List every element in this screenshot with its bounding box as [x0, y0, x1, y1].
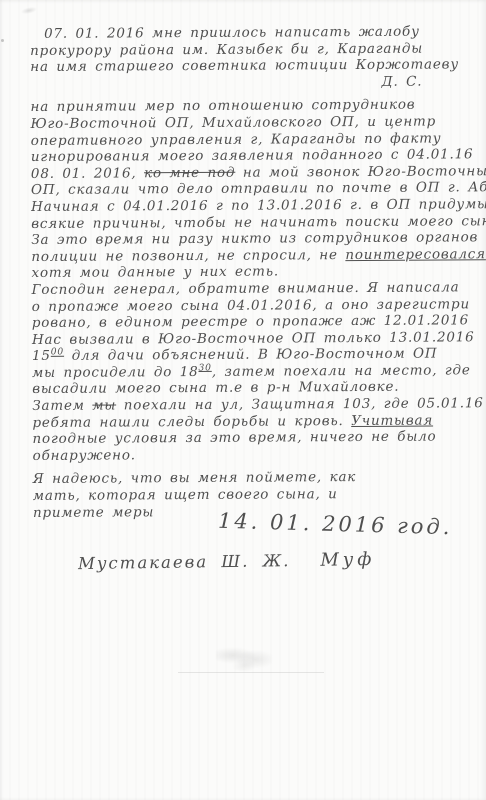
letter-text: поехали на ул, Защитная 103, где 05.01.1… [116, 395, 484, 413]
letter-text: для дачи объяснений. В Юго-Восточном ОП [64, 346, 437, 364]
letter-text: обнаружено. [33, 447, 136, 464]
letter-text: , затем поехали на место, где [212, 362, 471, 380]
letter-text: За это время ни разу никто из сотруднико… [31, 229, 478, 248]
letter-text: Юго-Восточной ОП, Михайловского ОП, и це… [31, 113, 437, 131]
letter-line: полиции не позвонил, не спросил, не поин… [31, 246, 475, 265]
superscript-minutes: 00 [51, 347, 64, 358]
letter-text: мы просидели до 18 [32, 364, 198, 381]
handwritten-date: 14. 01. 2016 год. [218, 509, 453, 540]
letter-line: обнаружено. [33, 445, 477, 464]
pencil-smudge-mark [19, 5, 38, 16]
letter-line: погодные условия за это время, ничего не… [32, 429, 476, 448]
letter-text: на принятии мер по отношению сотрудников [30, 97, 415, 115]
letter-line: Д. С. [30, 73, 474, 92]
scanned-letter-page: 07. 01. 2016 мне пришлось написать жалоб… [0, 0, 486, 800]
letter-line: мы просидели до 1830, затем поехали на м… [32, 362, 476, 381]
letter-text: Начиная с 04.01.2016 г по 13.01.2016 г. … [31, 196, 486, 215]
letter-text: 07. 01. 2016 мне пришлось написать жалоб… [44, 24, 420, 42]
letter-text: мать, которая ищет своего сына, и [33, 486, 338, 504]
letter-text: погодные условия за это время, ничего не… [32, 429, 436, 447]
letter-text: примете меры [33, 504, 154, 521]
letter-text: Затем [32, 398, 92, 414]
letter-text: на мой звонок Юго-Восточный [235, 163, 486, 181]
underlined-text: Учитывая [351, 412, 433, 428]
letter-text: хотя мои данные у них есть. [31, 264, 279, 282]
letter-body: 07. 01. 2016 мне пришлось написать жалоб… [30, 23, 477, 521]
letter-text: всякие причины, чтобы не начинать поиски… [31, 213, 486, 232]
signature-name: Мустакаева Ш. Ж. [78, 551, 291, 573]
signature-block: Мустакаева Ш. Ж.Муф [78, 549, 376, 574]
signature-flourish: Муф [320, 549, 375, 571]
letter-text: ровано, в едином реестре о пропаже аж 12… [32, 312, 469, 331]
letter-text: ребята нашли следы борьбы и кровь. [32, 413, 351, 431]
struck-out-text: мы [92, 398, 116, 414]
underlined-text: поинтересовался [345, 246, 486, 263]
letter-text: 15 [32, 348, 51, 364]
letter-text: полиции не позвонил, не спросил, не [31, 247, 345, 265]
letter-text: прокурору района им. Казыбек би г, Караг… [30, 40, 423, 58]
superscript-minutes: 30 [198, 362, 211, 373]
letter-text: игнорирования моего заявления поданного … [31, 146, 474, 165]
letter-text: оперативного управления г, Караганды по … [31, 130, 442, 149]
letter-text: Господин генерал, обратите внимание. Я н… [32, 279, 460, 298]
letter-text: высадили моего сына т.е в р-н Михайловке… [32, 379, 399, 397]
letter-text: 08. 01. 2016, [31, 165, 144, 182]
faint-horizontal-mark [178, 672, 324, 673]
letter-text: о пропаже моего сына 04.01.2016, а оно з… [32, 296, 470, 315]
letter-text: Я надеюсь, что вы меня поймете, как [33, 469, 356, 487]
faded-stamp-smudge [216, 645, 272, 671]
struck-out-text: ко мне под [144, 164, 235, 181]
letter-text: на имя старшего советника юстиции Коржот… [30, 57, 459, 76]
scan-speck [1, 39, 4, 42]
letter-text: ОП, сказали что дело отправили по почте … [31, 179, 486, 198]
letter-text: Д. С. [382, 73, 423, 89]
